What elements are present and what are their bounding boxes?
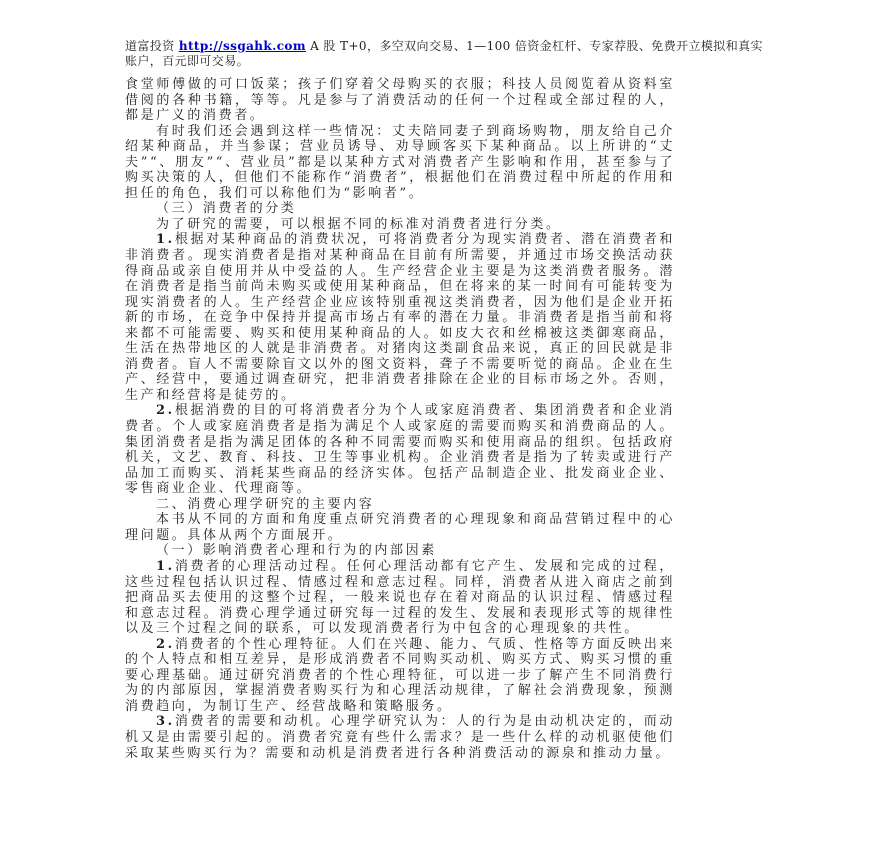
list-number: 1. bbox=[156, 559, 175, 574]
paragraph: （一）影响消费者心理和行为的内部因素 bbox=[125, 543, 675, 559]
document-page: 道富投资 http://ssgahk.com A 股 T+0，多空双向交易、1—… bbox=[0, 0, 870, 842]
list-number: 1. bbox=[156, 232, 175, 247]
paragraph: 二、消费心理学研究的主要内容 bbox=[125, 497, 675, 513]
paragraph: （三）消费者的分类 bbox=[125, 201, 675, 217]
paragraph: 2.根据消费的目的可将消费者分为个人或家庭消费者、集团消费者和企业消费者。个人或… bbox=[125, 403, 675, 496]
paragraph: 本书从不同的方面和角度重点研究消费者的心理现象和商品营销过程中的心理问题。具体从… bbox=[125, 512, 675, 543]
ad-header-prefix: 道富投资 bbox=[125, 39, 179, 53]
paragraph: 食堂师傅做的可口饭菜；孩子们穿着父母购买的衣服；科技人员阅览着从资料室借阅的各种… bbox=[125, 77, 675, 124]
ad-header-line1: 道富投资 http://ssgahk.com A 股 T+0，多空双向交易、1—… bbox=[125, 39, 685, 54]
ad-header-rest: A 股 T+0，多空双向交易、1—100 倍资金杠杆、专家荐股、免费开立模拟和真… bbox=[306, 39, 763, 53]
paragraph: 为了研究的需要，可以根据不同的标准对消费者进行分类。 bbox=[125, 217, 675, 233]
list-number: 2. bbox=[156, 637, 175, 652]
paragraph: 1.消费者的心理活动过程。任何心理活动都有它产生、发展和完成的过程，这些过程包括… bbox=[125, 559, 675, 637]
paragraph: 3.消费者的需要和动机。心理学研究认为：人的行为是由动机决定的，而动机又是由需要… bbox=[125, 714, 675, 761]
paragraph: 1.根据对某种商品的消费状况，可将消费者分为现实消费者、潜在消费者和非消费者。现… bbox=[125, 232, 675, 403]
ad-header-link[interactable]: http://ssgahk.com bbox=[179, 39, 306, 53]
paragraph: 有时我们还会遇到这样一些情况：丈夫陪同妻子到商场购物，朋友给自己介绍某种商品，并… bbox=[125, 124, 675, 202]
list-number: 3. bbox=[156, 714, 175, 729]
ad-header-line2: 账户，百元即可交易。 bbox=[125, 54, 685, 69]
list-number: 2. bbox=[156, 403, 175, 418]
ad-header: 道富投资 http://ssgahk.com A 股 T+0，多空双向交易、1—… bbox=[125, 39, 685, 69]
paragraph: 2.消费者的个性心理特征。人们在兴趣、能力、气质、性格等方面反映出来的个人特点和… bbox=[125, 637, 675, 715]
document-body: 食堂师傅做的可口饭菜；孩子们穿着父母购买的衣服；科技人员阅览着从资料室借阅的各种… bbox=[125, 77, 675, 761]
